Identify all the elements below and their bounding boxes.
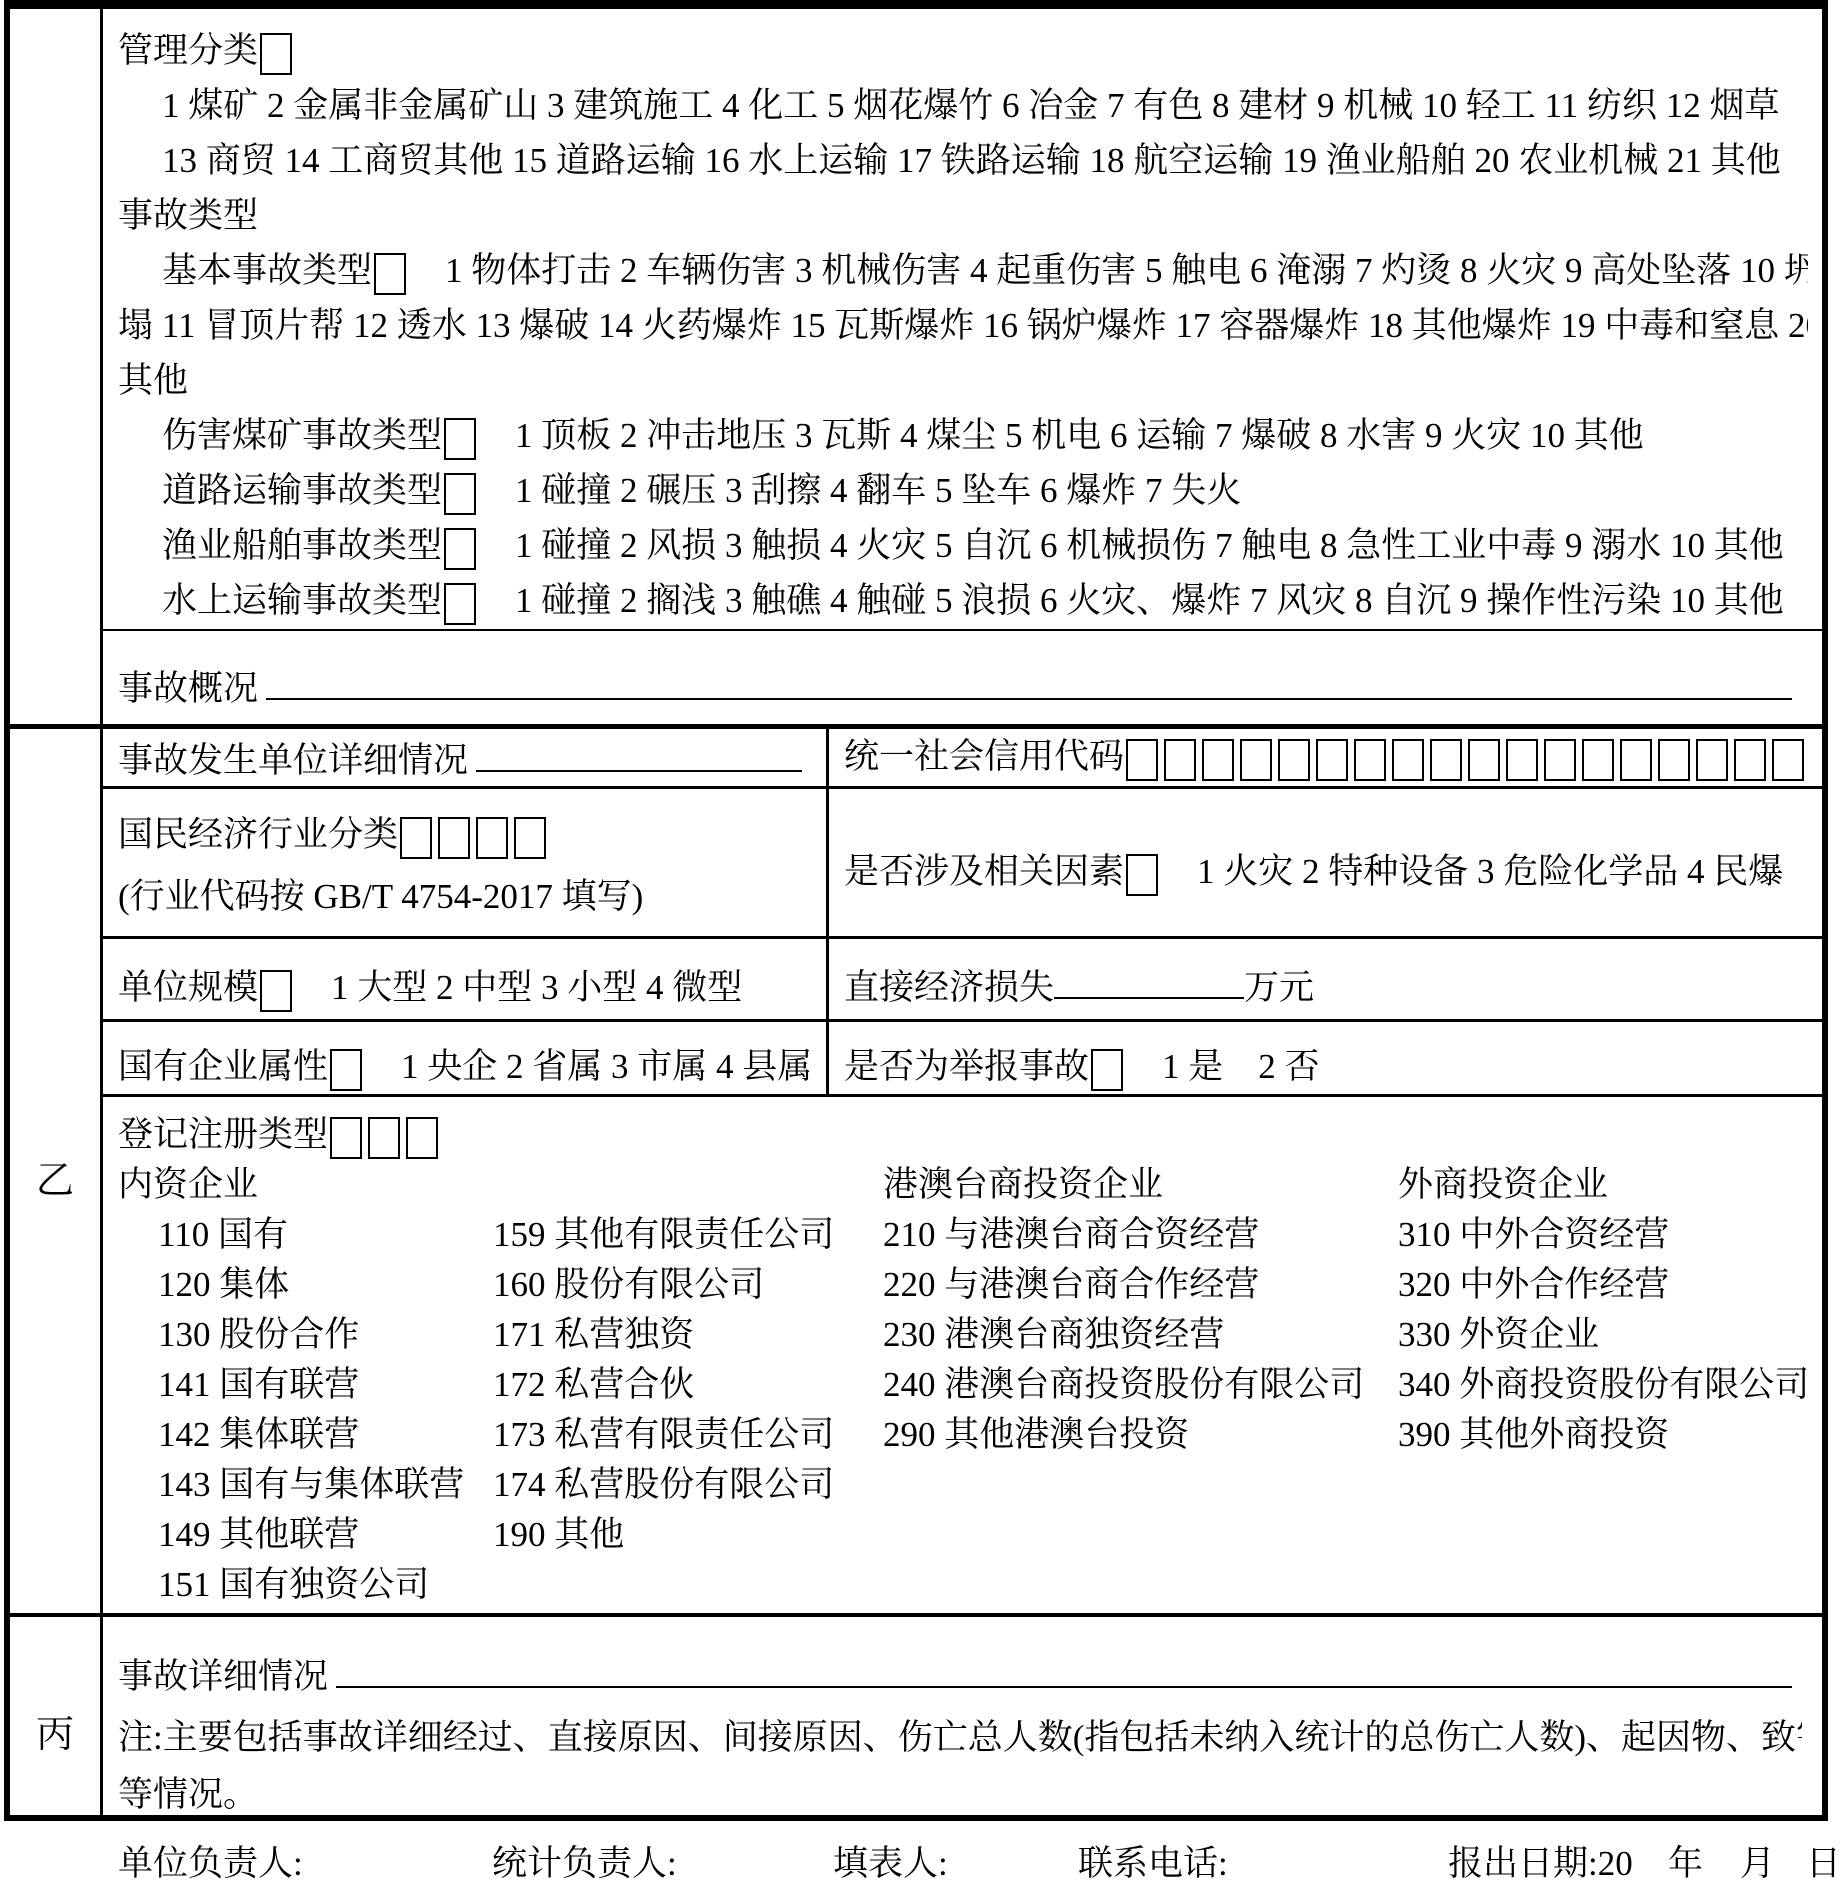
- management-options-line-1: 1 煤矿 2 金属非金属矿山 3 建筑施工 4 化工 5 烟花爆竹 6 冶金 7…: [118, 78, 1808, 133]
- field-label: 道路运输事故类型: [162, 471, 442, 510]
- code-box[interactable]: [1126, 739, 1158, 781]
- unit-scale-row: 单位规模 1 大型 2 中型 3 小型 4 微型: [118, 960, 818, 1012]
- basic-accident-type-box-field[interactable]: [372, 251, 410, 290]
- code-box[interactable]: [1126, 854, 1158, 896]
- reg-type-item: 173 私营有限责任公司: [493, 1410, 834, 1460]
- code-box[interactable]: [514, 817, 546, 859]
- code-box[interactable]: [1240, 739, 1272, 781]
- code-box[interactable]: [1091, 1049, 1123, 1091]
- section-label-yi: 乙: [10, 1149, 100, 1204]
- code-box[interactable]: [400, 817, 432, 859]
- code-box[interactable]: [330, 1049, 362, 1091]
- code-box[interactable]: [476, 817, 508, 859]
- preparer-label: 填表人:: [833, 1836, 948, 1880]
- related-factors-box-field[interactable]: [1124, 852, 1162, 891]
- classification-block: 管理分类 1 煤矿 2 金属非金属矿山 3 建筑施工 4 化工 5 烟花爆竹 6…: [118, 23, 1808, 628]
- basic-accident-type-line: 基本事故类型 1 物体打击 2 车辆伤害 3 机械伤害 4 起重伤害 5 触电 …: [118, 243, 1808, 298]
- accident-detail-row: 事故详细情况: [118, 1649, 1798, 1699]
- code-box[interactable]: [1620, 739, 1652, 781]
- reg-type-item: 390 其他外商投资: [1398, 1410, 1669, 1460]
- section-label-bing: 丙: [10, 1703, 100, 1758]
- industry-code-note: (行业代码按 GB/T 4754-2017 填写): [118, 866, 818, 928]
- road-transport-accident-type-line: 道路运输事故类型 1 碰撞 2 碾压 3 刮擦 4 翻车 5 坠车 6 爆炸 7…: [118, 463, 1808, 518]
- reg-type-item: 230 港澳台商独资经营: [883, 1310, 1224, 1360]
- soe-attribute-row: 国有企业属性 1 央企 2 省属 3 市属 4 县属: [118, 1039, 818, 1091]
- option-text: 1 是 2 否: [1127, 1047, 1320, 1086]
- industry-classification-label: 国民经济行业分类: [118, 815, 398, 854]
- section-c-top-line: [10, 1613, 1822, 1617]
- code-box[interactable]: [444, 473, 476, 515]
- code-box[interactable]: [1506, 739, 1538, 781]
- option-text: 塌 11 冒顶片帮 12 透水 13 爆破 14 火药爆炸 15 瓦斯爆炸 16…: [118, 306, 1808, 345]
- note-line: 等情况。: [118, 1766, 1802, 1821]
- option-text: 1 物体打击 2 车辆伤害 3 机械伤害 4 起重伤害 5 触电 6 淹溺 7 …: [410, 251, 1808, 290]
- code-box[interactable]: [1734, 739, 1766, 781]
- tipoff-label: 是否为举报事故: [844, 1047, 1089, 1086]
- economic-loss-label: 直接经济损失: [844, 968, 1054, 1007]
- unit-scale-label: 单位规模: [118, 968, 258, 1007]
- reg-type-item: 143 国有与集体联营: [158, 1460, 464, 1510]
- reg-type-item: 220 与港澳台商合作经营: [883, 1260, 1259, 1310]
- code-box[interactable]: [374, 253, 406, 295]
- field-label: 伤害煤矿事故类型: [162, 416, 442, 455]
- reg-type-item: 210 与港澳台商合资经营: [883, 1210, 1259, 1260]
- reg-type-item: 110 国有: [158, 1210, 288, 1260]
- code-box[interactable]: [368, 1117, 400, 1159]
- management-category-box-field[interactable]: [258, 31, 296, 70]
- row-separator-line: [103, 1019, 1822, 1022]
- reg-type-item: 190 其他: [493, 1510, 624, 1560]
- hmt-enterprise-header: 港澳台商投资企业: [883, 1160, 1163, 1210]
- registration-type-box-field[interactable]: [328, 1115, 442, 1154]
- related-factors-label: 是否涉及相关因素: [844, 852, 1124, 891]
- label-column-divider-line: [100, 9, 103, 1815]
- code-box[interactable]: [444, 418, 476, 460]
- credit-code-label: 统一社会信用代码: [844, 737, 1124, 776]
- code-box[interactable]: [1430, 739, 1462, 781]
- code-box[interactable]: [1696, 739, 1728, 781]
- reg-type-item: 130 股份合作: [158, 1310, 359, 1360]
- code-box[interactable]: [330, 1117, 362, 1159]
- reg-type-item: 151 国有独资公司: [158, 1560, 429, 1610]
- report-date-label: 报出日期:20: [1448, 1836, 1633, 1880]
- water-transport-type-box-field[interactable]: [442, 581, 480, 620]
- management-category-line: 管理分类: [118, 23, 1808, 78]
- option-text: 1 碰撞 2 搁浅 3 触礁 4 触碰 5 浪损 6 火灾、爆炸 7 风灾 8 …: [480, 581, 1784, 620]
- code-box[interactable]: [438, 817, 470, 859]
- overview-row-top-line: [103, 629, 1822, 631]
- reg-type-item: 240 港澳台商投资股份有限公司: [883, 1360, 1364, 1410]
- code-box[interactable]: [1582, 739, 1614, 781]
- reg-type-item: 290 其他港澳台投资: [883, 1410, 1189, 1460]
- option-text: 1 煤矿 2 金属非金属矿山 3 建筑施工 4 化工 5 烟花爆竹 6 冶金 7…: [162, 86, 1779, 125]
- code-box[interactable]: [1202, 739, 1234, 781]
- registration-type-title: 登记注册类型: [118, 1110, 442, 1160]
- code-box[interactable]: [444, 583, 476, 625]
- unit-scale-box-field[interactable]: [258, 968, 296, 1007]
- reg-type-item: 171 私营独资: [493, 1310, 694, 1360]
- credit-code-row: 统一社会信用代码: [844, 727, 1820, 786]
- form-table: 乙 丙 管理分类 1 煤矿 2 金属非金属矿山 3 建筑施工 4 化工 5 烟花…: [4, 0, 1828, 1821]
- code-box[interactable]: [1468, 739, 1500, 781]
- code-box[interactable]: [260, 33, 292, 75]
- option-text: 1 央企 2 省属 3 市属 4 县属: [366, 1047, 812, 1086]
- foreign-enterprise-header: 外商投资企业: [1398, 1160, 1608, 1210]
- code-box[interactable]: [1772, 739, 1804, 781]
- reg-type-item: 172 私营合伙: [493, 1360, 694, 1410]
- coal-mine-type-box-field[interactable]: [442, 416, 480, 455]
- option-text: 13 商贸 14 工商贸其他 15 道路运输 16 水上运输 17 铁路运输 1…: [162, 141, 1781, 180]
- accident-detail-field[interactable]: [336, 1686, 1792, 1688]
- accident-overview-field[interactable]: [266, 698, 1792, 700]
- code-box[interactable]: [1658, 739, 1690, 781]
- reg-type-item: 142 集体联营: [158, 1410, 359, 1460]
- note-line: 注:主要包括事故详细经过、直接原因、间接原因、伤亡总人数(指包括未纳入统计的总伤…: [118, 1709, 1802, 1766]
- reg-type-item: 149 其他联营: [158, 1510, 359, 1560]
- stats-head-label: 统计负责人:: [492, 1836, 677, 1880]
- reg-type-item: 141 国有联营: [158, 1360, 359, 1410]
- field-label: 管理分类: [118, 31, 258, 70]
- code-box[interactable]: [1164, 739, 1196, 781]
- unit-detail-row: 事故发生单位详细情况: [118, 733, 808, 783]
- fishing-vessel-type-box-field[interactable]: [442, 526, 480, 565]
- basic-accident-type-line-3: 其他: [118, 353, 1808, 408]
- industry-code-box-field[interactable]: [398, 815, 550, 854]
- domestic-enterprise-header: 内资企业: [118, 1160, 258, 1210]
- tipoff-row: 是否为举报事故 1 是 2 否: [844, 1039, 1820, 1091]
- accident-report-form: 乙 丙 管理分类 1 煤矿 2 金属非金属矿山 3 建筑施工 4 化工 5 烟花…: [0, 0, 1840, 1880]
- code-box[interactable]: [1278, 739, 1310, 781]
- reg-type-item: 174 私营股份有限公司: [493, 1460, 834, 1510]
- field-label: 水上运输事故类型: [162, 581, 442, 620]
- management-options-line-2: 13 商贸 14 工商贸其他 15 道路运输 16 水上运输 17 铁路运输 1…: [118, 133, 1808, 188]
- accident-type-heading: 事故类型: [118, 188, 1808, 243]
- soe-attribute-label: 国有企业属性: [118, 1047, 328, 1086]
- reg-type-item: 120 集体: [158, 1260, 289, 1310]
- code-box[interactable]: [1354, 739, 1386, 781]
- road-transport-type-box-field[interactable]: [442, 471, 480, 510]
- economic-loss-field[interactable]: [1054, 997, 1244, 999]
- accident-detail-note: 注:主要包括事故详细经过、直接原因、间接原因、伤亡总人数(指包括未纳入统计的总伤…: [118, 1709, 1802, 1821]
- unit-detail-field[interactable]: [476, 770, 802, 772]
- row-separator-line: [103, 786, 1822, 789]
- registration-type-block: 登记注册类型 内资企业 110 国有 120 集体 130 股份合作 141 国…: [106, 1094, 1806, 1613]
- column-divider-line: [826, 724, 829, 1097]
- registration-type-label: 登记注册类型: [118, 1115, 328, 1154]
- reg-type-item: 160 股份有限公司: [493, 1260, 764, 1310]
- reg-type-item: 330 外资企业: [1398, 1310, 1599, 1360]
- water-transport-accident-type-line: 水上运输事故类型 1 碰撞 2 搁浅 3 触礁 4 触碰 5 浪损 6 火灾、爆…: [118, 573, 1808, 628]
- option-text: 1 顶板 2 冲击地压 3 瓦斯 4 煤尘 5 机电 6 运输 7 爆破 8 水…: [480, 416, 1644, 455]
- basic-accident-type-line-2: 塌 11 冒顶片帮 12 透水 13 爆破 14 火药爆炸 15 瓦斯爆炸 16…: [118, 298, 1808, 353]
- field-label: 基本事故类型: [162, 251, 372, 290]
- code-box[interactable]: [444, 528, 476, 570]
- code-box[interactable]: [1316, 739, 1348, 781]
- option-text: 1 碰撞 2 碾压 3 刮擦 4 翻车 5 坠车 6 爆炸 7 失火: [480, 471, 1241, 510]
- industry-classification-line: 国民经济行业分类: [118, 804, 818, 866]
- option-text: 1 碰撞 2 风损 3 触损 4 火灾 5 自沉 6 机械损伤 7 触电 8 急…: [480, 526, 1784, 565]
- code-box[interactable]: [406, 1117, 438, 1159]
- report-date-month-label: 月: [1740, 1836, 1775, 1880]
- option-text: 其他: [118, 361, 188, 400]
- field-label: 事故类型: [118, 196, 258, 235]
- reg-type-item: 159 其他有限责任公司: [493, 1210, 834, 1260]
- code-box[interactable]: [260, 970, 292, 1012]
- accident-overview-label: 事故概况: [118, 661, 258, 711]
- fishing-vessel-accident-type-line: 渔业船舶事故类型 1 碰撞 2 风损 3 触损 4 火灾 5 自沉 6 机械损伤…: [118, 518, 1808, 573]
- code-box[interactable]: [1392, 739, 1424, 781]
- row-separator-line: [103, 936, 1822, 939]
- accident-detail-label: 事故详细情况: [118, 1649, 328, 1699]
- coal-mine-accident-type-line: 伤害煤矿事故类型 1 顶板 2 冲击地压 3 瓦斯 4 煤尘 5 机电 6 运输…: [118, 408, 1808, 463]
- reg-type-item: 340 外商投资股份有限公司: [1398, 1360, 1806, 1410]
- option-text: 1 火灾 2 特种设备 3 危险化学品 4 民爆: [1162, 852, 1783, 891]
- field-label: 渔业船舶事故类型: [162, 526, 442, 565]
- soe-attribute-box-field[interactable]: [328, 1047, 366, 1086]
- tipoff-box-field[interactable]: [1089, 1047, 1127, 1086]
- code-box[interactable]: [1544, 739, 1576, 781]
- economic-loss-unit: 万元: [1244, 968, 1314, 1007]
- contact-phone-label: 联系电话:: [1078, 1836, 1228, 1880]
- report-date-day-label: 日: [1806, 1836, 1840, 1880]
- reg-type-item: 310 中外合资经营: [1398, 1210, 1669, 1260]
- report-date-year-label: 年: [1668, 1836, 1703, 1880]
- unit-head-label: 单位负责人:: [118, 1836, 303, 1880]
- unit-detail-label: 事故发生单位详细情况: [118, 733, 468, 783]
- accident-overview-row: 事故概况: [118, 661, 1798, 711]
- credit-code-box-field[interactable]: [1124, 737, 1808, 776]
- related-factors-row: 是否涉及相关因素 1 火灾 2 特种设备 3 危险化学品 4 民爆: [844, 844, 1820, 896]
- reg-type-item: 320 中外合作经营: [1398, 1260, 1669, 1310]
- industry-classification-cell: 国民经济行业分类 (行业代码按 GB/T 4754-2017 填写): [118, 804, 818, 928]
- economic-loss-row: 直接经济损失万元: [844, 960, 1820, 1010]
- option-text: 1 大型 2 中型 3 小型 4 微型: [296, 968, 742, 1007]
